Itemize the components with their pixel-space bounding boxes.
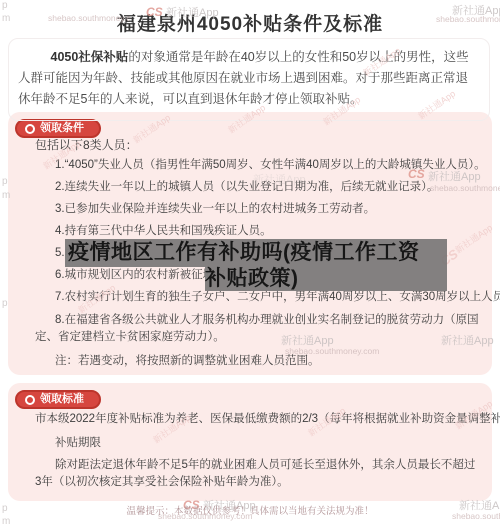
period-text: 除对距法定退休年龄不足5年的就业困难人员可延长至退休外，其余人员最长不超过3年（… bbox=[35, 457, 480, 491]
period-title: 补贴期限 bbox=[35, 435, 480, 452]
intro-lead: 4050社保补贴 bbox=[51, 50, 129, 64]
conditions-note: 注：若遇变动，将按照新的调整就业困难人员范围。 bbox=[35, 353, 480, 370]
standard-card: 领取标准 市本级2022年度补贴标准为养老、医保最低缴费额的2/3（每年将根据就… bbox=[8, 383, 492, 501]
standard-badge-label: 领取标准 bbox=[40, 392, 84, 407]
condition-item: 3.已参加失业保险并连续失业一年以上的农村进城务工劳动者。 bbox=[35, 198, 480, 220]
intro-paragraph: 4050社保补贴的对象通常是年龄在40岁以上的女性和50岁以上的男性，这些人群可… bbox=[18, 47, 480, 110]
intro-box: 4050社保补贴的对象通常是年龄在40岁以上的女性和50岁以上的男性，这些人群可… bbox=[8, 38, 490, 121]
conditions-subtitle: 包括以下8类人员： bbox=[35, 136, 480, 154]
watermark-edge-fragment: p bbox=[2, 176, 8, 187]
watermark-edge-fragment: m bbox=[2, 516, 10, 527]
condition-item: 1.“4050”失业人员（指男性年满50周岁、女性年满40周岁以上的大龄城镇失业… bbox=[35, 154, 480, 176]
overlay-line-2: 补贴政策) bbox=[205, 267, 447, 291]
dot-circle-icon bbox=[25, 395, 35, 405]
footer-tip: 温馨提示：本数据仅供参考！具体需以当地有关法规为准！ bbox=[0, 503, 500, 517]
dot-circle-icon bbox=[25, 124, 35, 134]
condition-item: 2.连续失业一年以上的城镇人员（以失业登记日期为准，后续无就业记录）。 bbox=[35, 176, 480, 198]
page-title: 福建泉州4050补贴条件及标准 bbox=[0, 9, 500, 36]
overlay-title-box: 疫情地区工作有补助吗(疫情工作工资 补贴政策) bbox=[65, 239, 447, 291]
condition-item: 8.在福建省各级公共就业人才服务机构办理就业创业实名制登记的脱贫劳动力（原国定、… bbox=[35, 308, 480, 346]
conditions-badge: 领取条件 bbox=[15, 119, 101, 138]
watermark-edge-fragment: p bbox=[2, 298, 8, 309]
overlay-line-1: 疫情地区工作有补助吗(疫情工作工资 bbox=[65, 239, 447, 267]
standard-text: 市本级2022年度补贴标准为养老、医保最低缴费额的2/3（每年将根据就业补助资金… bbox=[35, 411, 480, 428]
infographic-page: 福建泉州4050补贴条件及标准 4050社保补贴的对象通常是年龄在40岁以上的女… bbox=[0, 0, 500, 532]
standard-badge: 领取标准 bbox=[15, 390, 101, 409]
conditions-badge-label: 领取条件 bbox=[40, 121, 84, 136]
